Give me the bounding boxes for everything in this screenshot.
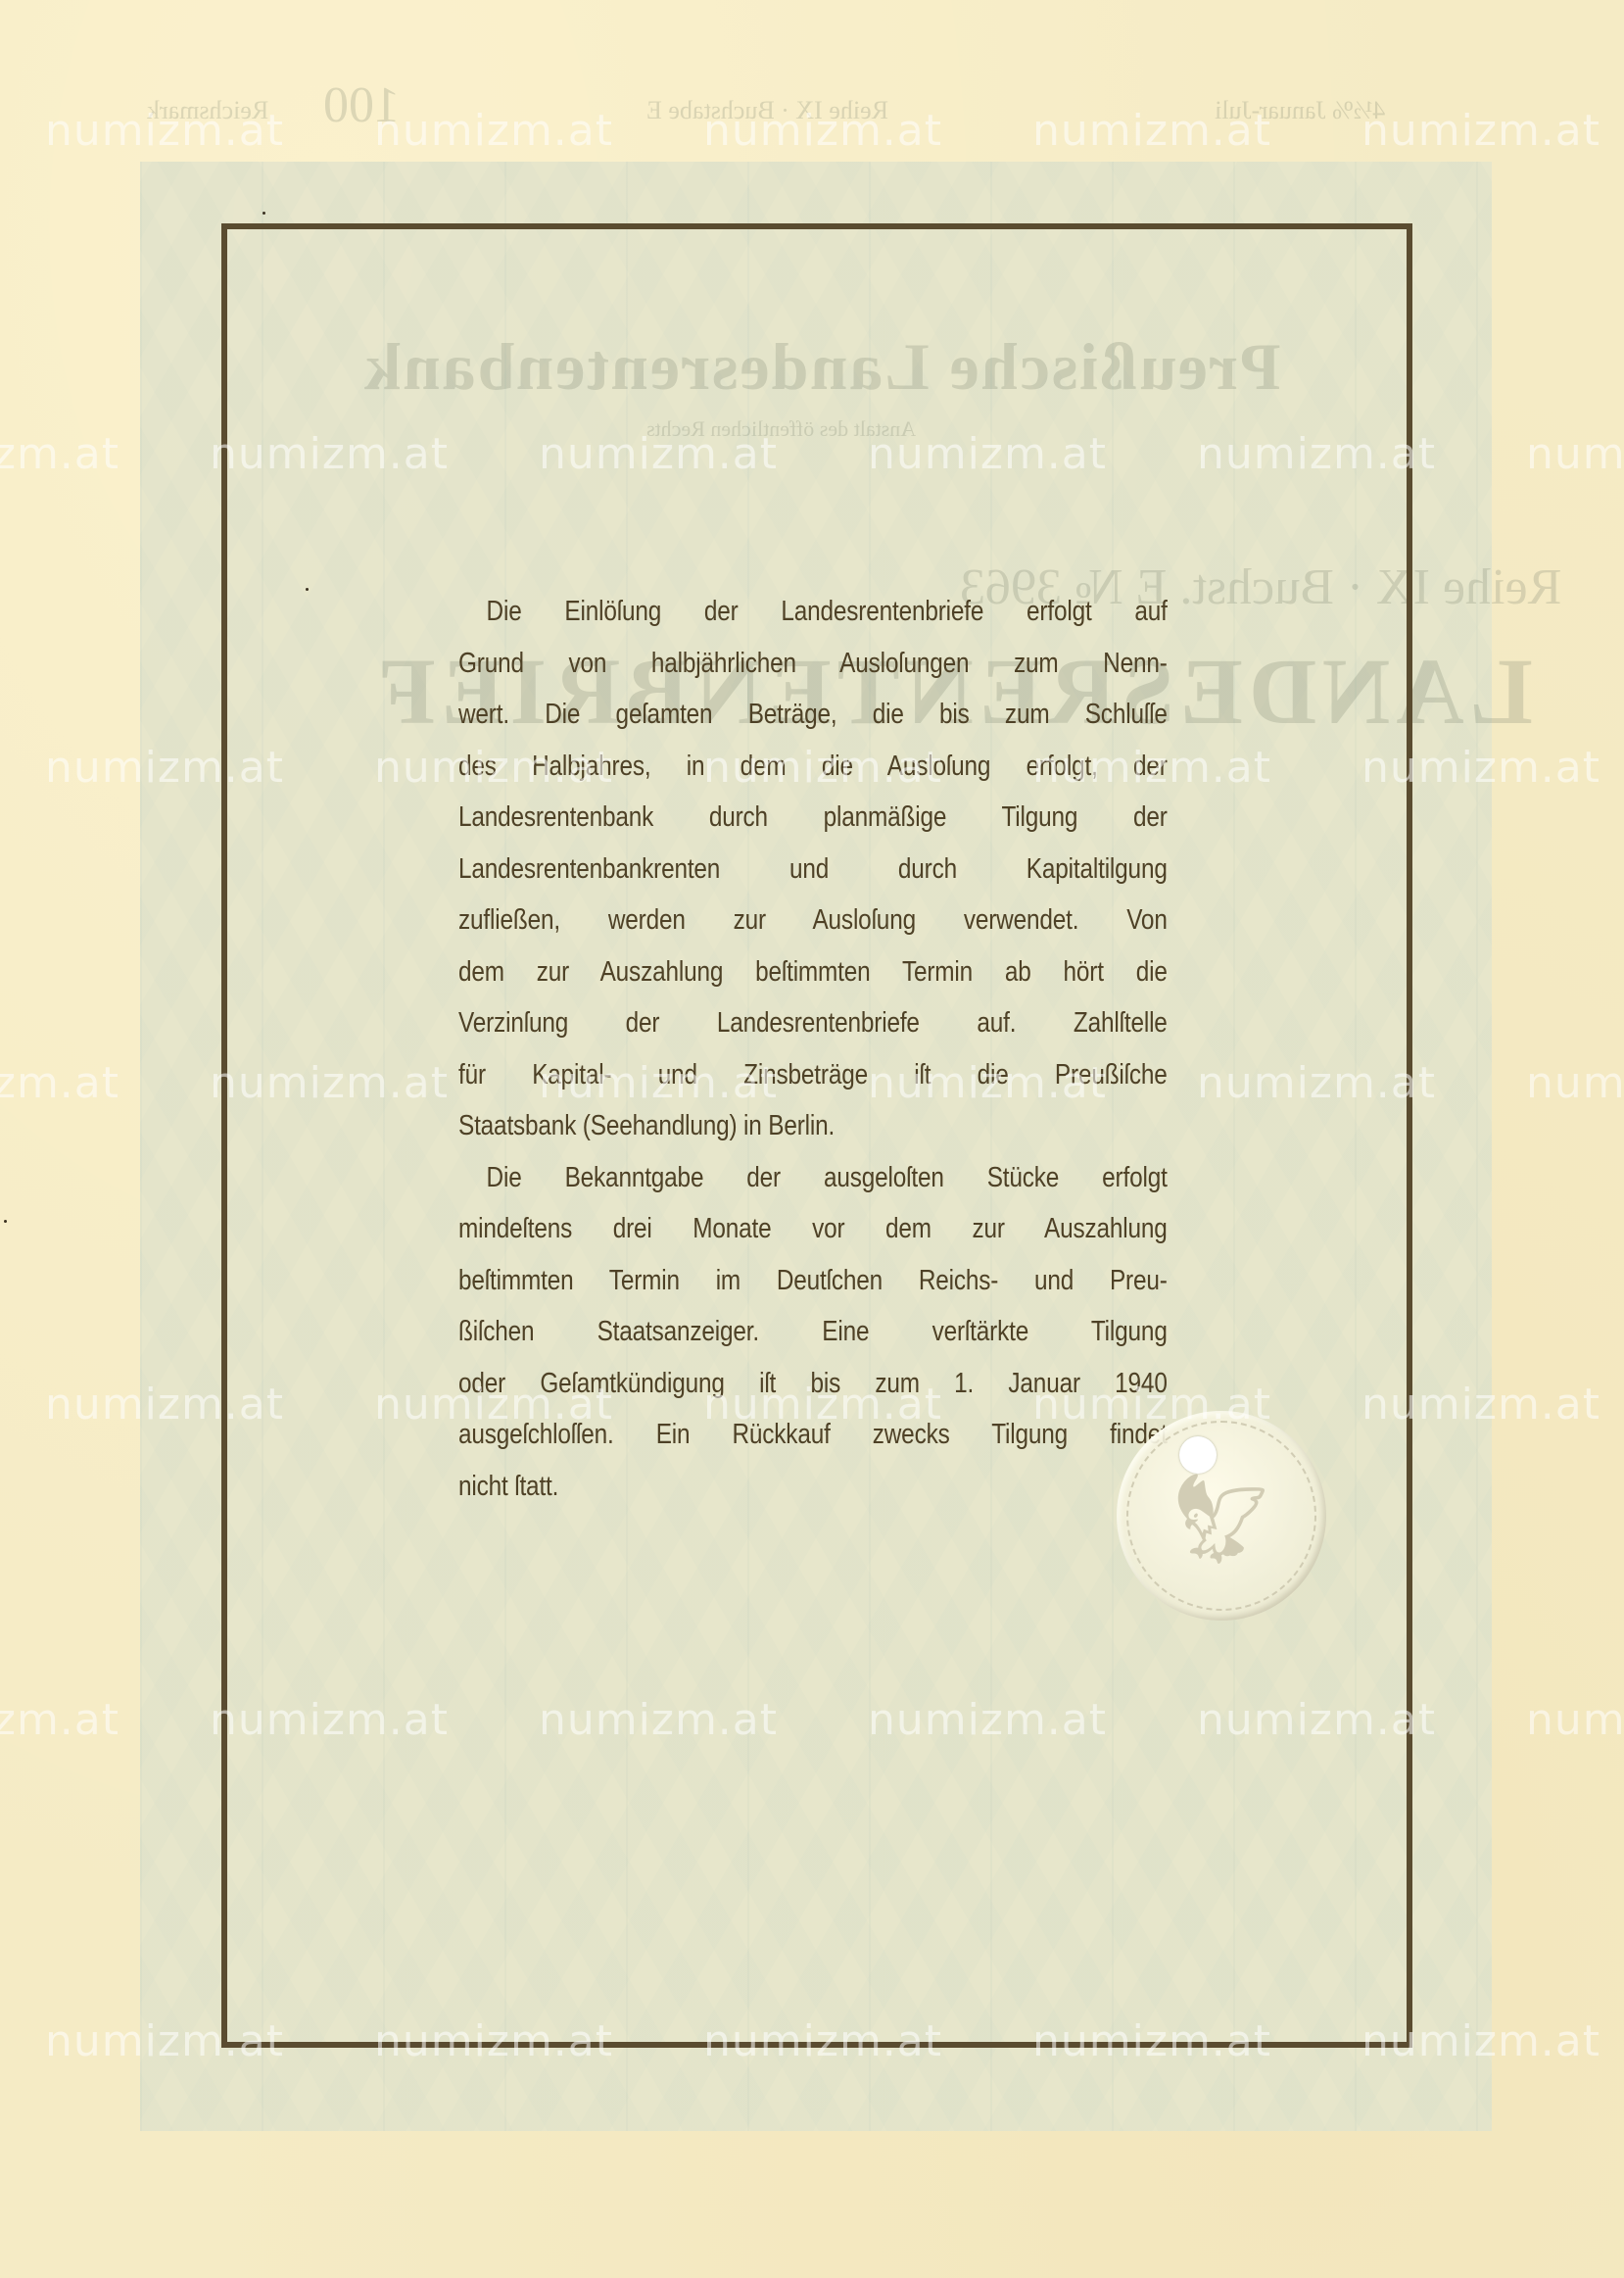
text-line: Landesrentenbank durch planmäßige Tilgun… bbox=[458, 792, 1168, 844]
text-line: ausgeſchloſſen. Ein Rückkauf zwecks Tilg… bbox=[458, 1409, 1168, 1461]
terms-text: Die Einlöſung der Landesrentenbriefe erf… bbox=[458, 586, 1168, 1512]
text-line: ßiſchen Staatsanzeiger. Eine verſtärkte … bbox=[458, 1306, 1168, 1358]
text-line: nicht ſtatt. bbox=[458, 1461, 1168, 1513]
text-line: oder Geſamtkündigung iſt bis zum 1. Janu… bbox=[458, 1358, 1168, 1410]
text-line: Landesrentenbankrenten und durch Kapital… bbox=[458, 844, 1168, 896]
text-line: beſtimmten Termin im Deutſchen Reichs- u… bbox=[458, 1255, 1168, 1307]
paragraph-redemption: Die Einlöſung der Landesrentenbriefe erf… bbox=[458, 586, 1168, 1152]
bleed-denomination: 100 bbox=[323, 76, 400, 134]
bleed-currency: Reichsmark bbox=[147, 96, 268, 125]
text-line: mindeſtens drei Monate vor dem zur Ausza… bbox=[458, 1203, 1168, 1255]
ink-speck bbox=[306, 588, 309, 591]
ink-speck bbox=[263, 212, 265, 215]
text-line: Die Einlöſung der Landesrentenbriefe erf… bbox=[458, 586, 1168, 638]
text-line: für Kapital- und Zinsbeträge iſt die Pre… bbox=[458, 1049, 1168, 1101]
text-line: des Halbjahres, in dem die Ausloſung erf… bbox=[458, 741, 1168, 793]
text-line: zufließen, werden zur Ausloſung verwende… bbox=[458, 895, 1168, 946]
paragraph-announcement: Die Bekanntgabe der ausgeloſten Stücke e… bbox=[458, 1152, 1168, 1513]
text-line: dem zur Auszahlung beſtimmten Termin ab … bbox=[458, 946, 1168, 998]
cancellation-punch-hole bbox=[1179, 1436, 1217, 1474]
text-line: Grund von halbjährlichen Ausloſungen zum… bbox=[458, 638, 1168, 690]
embossed-seal: 🦅︎ bbox=[1117, 1411, 1326, 1621]
text-line: Die Bekanntgabe der ausgeloſten Stücke e… bbox=[458, 1152, 1168, 1204]
text-line: wert. Die geſamten Beträge, die bis zum … bbox=[458, 689, 1168, 741]
bleed-series: Reihe IX · Buchstabe E bbox=[646, 96, 888, 125]
bleed-interest: 4½% Januar-Juli bbox=[1215, 96, 1385, 125]
text-line: Verzinſung der Landesrentenbriefe auf. Z… bbox=[458, 997, 1168, 1049]
ink-speck bbox=[4, 1220, 7, 1223]
text-line: Staatsbank (Seehandlung) in Berlin. bbox=[458, 1100, 1168, 1152]
eagle-icon: 🦅︎ bbox=[1166, 1476, 1277, 1564]
